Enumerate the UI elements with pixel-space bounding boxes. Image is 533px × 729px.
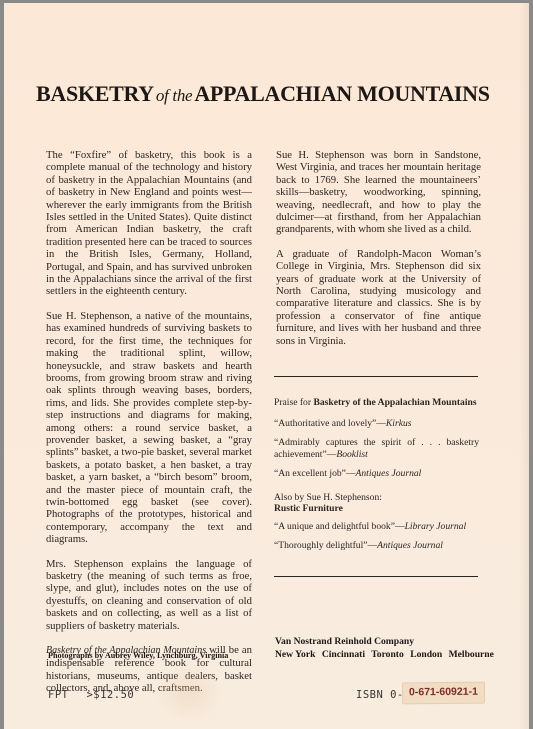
city: Toronto [371, 649, 404, 660]
quote-text: “Admirably captures the spirit of . . . … [274, 437, 479, 460]
author-bio-paragraph-2: A graduate of Randolph-Macon Woman’s Col… [276, 248, 481, 347]
title-of-the: of the [156, 86, 192, 105]
other-book-quote: “A unique and delightful book”—Library J… [274, 521, 479, 533]
price-code: FPT [48, 689, 68, 701]
city: Melbourne [449, 649, 494, 660]
praise-quote: “Authoritative and lovely”—Kirkus [274, 418, 479, 430]
isbn-sticker: 0-671-60921-1 [402, 682, 485, 705]
praise-book-title: Basketry of the Appalachian Mountains [313, 397, 476, 408]
paper-stain [154, 663, 224, 723]
divider-rule-bottom [274, 576, 478, 577]
price-block: FPT>$12.50 [48, 689, 134, 701]
title-appalachian-mountains: APPALACHIAN MOUNTAINS [194, 81, 489, 106]
book-back-cover: BASKETRYof theAPPALACHIAN MOUNTAINS The … [4, 3, 529, 729]
quote-text: “Thoroughly delightful”— [274, 540, 377, 551]
isbn-printed: ISBN 0- [356, 689, 404, 701]
description-paragraph-1: The “Foxfire” of basketry, this book is … [46, 149, 252, 298]
other-book-title: Rustic Furniture [274, 503, 479, 515]
city: Cincinnati [322, 649, 365, 660]
quote-text: “A unique and delightful book”— [274, 521, 405, 532]
book-title: BASKETRYof theAPPALACHIAN MOUNTAINS [36, 81, 490, 107]
also-by-author: Also by Sue H. Stephenson: Rustic Furnit… [274, 492, 479, 515]
publisher-cities: New York Cincinnati Toronto London Melbo… [275, 648, 498, 661]
price-value: >$12.50 [86, 689, 134, 701]
quote-source: Booklist [336, 449, 367, 460]
city: London [410, 649, 442, 660]
praise-quote: “An excellent job”—Antiques Journal [274, 468, 479, 480]
praise-section: Praise for Basketry of the Appalachian M… [274, 397, 479, 560]
book-description-column: The “Foxfire” of basketry, this book is … [46, 149, 252, 707]
quote-text: “Authoritative and lovely”— [274, 418, 386, 429]
divider-rule-top [274, 376, 478, 377]
quote-source: Antiques Journal [356, 468, 422, 479]
photo-credit: Photographs by Aubrey Wiley, Lynchburg, … [48, 651, 228, 660]
description-paragraph-2: Sue H. Stephenson, a native of the mount… [46, 310, 252, 546]
publisher-block: Van Nostrand Reinhold Company New York C… [275, 635, 498, 661]
quote-source: Antiques Journal [377, 540, 443, 551]
author-bio-paragraph-1: Sue H. Stephenson was born in Sandstone,… [276, 149, 481, 236]
title-basketry: BASKETRY [36, 81, 154, 106]
other-book-quote: “Thoroughly delightful”—Antiques Journal [274, 540, 479, 552]
praise-quote: “Admirably captures the spirit of . . . … [274, 437, 479, 460]
city: New York [275, 649, 315, 660]
praise-heading: Praise for Basketry of the Appalachian M… [274, 397, 479, 409]
publisher-name: Van Nostrand Reinhold Company [275, 635, 498, 648]
description-paragraph-3: Mrs. Stephenson explains the language of… [46, 558, 252, 632]
praise-intro: Praise for [274, 397, 313, 408]
quote-source: Library Journal [405, 521, 467, 532]
author-bio-column: Sue H. Stephenson was born in Sandstone,… [276, 149, 481, 359]
also-by-label: Also by Sue H. Stephenson: [274, 492, 382, 503]
quote-text: “An excellent job”— [274, 468, 356, 479]
quote-source: Kirkus [386, 418, 412, 429]
